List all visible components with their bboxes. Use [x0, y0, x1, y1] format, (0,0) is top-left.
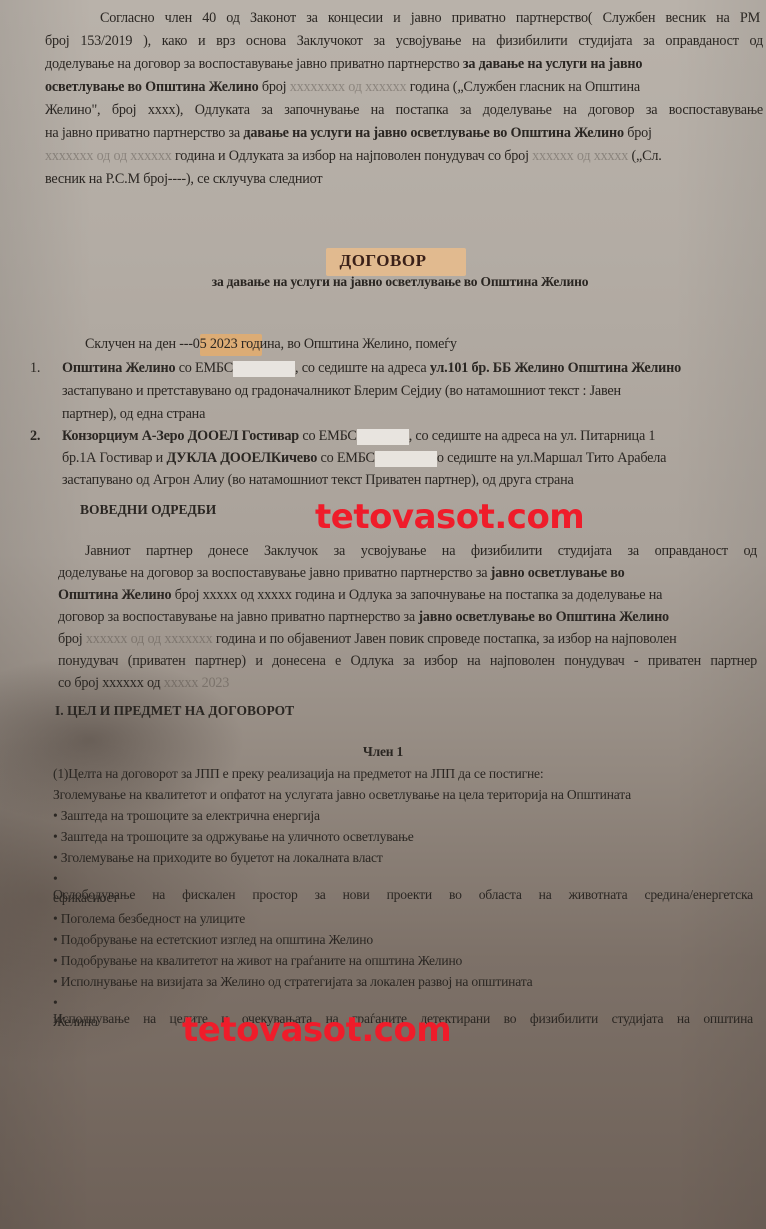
text: на јавно приватно партнерство за [45, 125, 243, 141]
text: година, во Општина Желино, помеѓу [238, 336, 457, 352]
document-subtitle: за давање на услуги на јавно осветлување… [0, 274, 766, 290]
intro-line-6: на јавно приватно партнерство за давање … [45, 125, 763, 142]
article-1-lead: (1)Целта на договорот за ЈПП е преку реа… [53, 766, 543, 782]
text: со ЕМБС [317, 450, 375, 466]
redacted-text: хххххх од ххххх [532, 148, 628, 164]
text: Согласно член 40 од Законот за концесии … [100, 10, 760, 27]
text: број 153/2019 ), како и врз основа Заклу… [45, 33, 763, 50]
document-title: ДОГОВОР [0, 251, 766, 271]
text: Јавниот партнер донесе Заклучок за усвој… [85, 543, 757, 560]
text: Ослободување на фискален простор за нови… [53, 887, 753, 903]
intro-line-1: Согласно член 40 од Законот за концесии … [100, 10, 760, 27]
address: ул.101 бр. ББ Желино Општина Желино [430, 360, 681, 376]
text: („Сл. [628, 148, 661, 164]
section-heading-intro: ВОВЕДНИ ОДРЕДБИ [80, 502, 216, 518]
text: број [624, 125, 652, 141]
concluded-line: Склучен на ден ---05 2023 година, во Опш… [85, 336, 457, 353]
bold-text: јавно осветлување во [491, 565, 625, 581]
text: број ххххх од ххххх година и Одлука за з… [171, 587, 662, 603]
article-1-lead-2: Зголемување на квалитетот и опфатот на у… [53, 787, 631, 803]
text: доделување на договор за воспоставување … [58, 565, 491, 581]
provisions-line-3: Општина Желино број ххххх од ххххх годин… [58, 587, 757, 604]
intro-line-4: осветлување во Општина Желино број ххххх… [45, 79, 763, 96]
text: со број хххххх од [58, 675, 164, 691]
party-2-number: 2. [30, 428, 40, 445]
party-name: ДУКЛА ДООЕЛКичево [166, 450, 317, 466]
text: бр.1А Гостивар и [62, 450, 166, 466]
intro-line-3: доделување на договор за воспоставување … [45, 56, 763, 73]
intro-line-8: весник на Р.С.М број----), се склучува с… [45, 171, 322, 188]
party-1-number: 1. [30, 360, 40, 377]
redacted-embs [375, 451, 437, 467]
list-item: Ослободување на фискален простор за нови… [53, 871, 753, 903]
list-item: Исполнување на визијата за Желино од стр… [53, 974, 532, 990]
text: година и по објавениот Јавен повик спров… [213, 631, 677, 647]
bold-text: јавно осветлување во Општина Желино [418, 609, 669, 625]
redacted-embs [357, 429, 409, 445]
text: година („Службен гласник на Општина [406, 79, 640, 95]
list-item: Заштеда на трошоците за одржување на ули… [53, 829, 414, 845]
text: , со седиште на адреса [295, 360, 430, 376]
party-2-line-3: застапувано од Агрон Алиу (во натамошнио… [62, 472, 574, 489]
bold-text: за давање на услуги на јавно [463, 56, 642, 72]
provisions-line-5: број хххххх од од ххххххх година и по об… [58, 631, 757, 648]
party-name: Конзорциум А-Зеро ДООЕЛ Гостивар [62, 428, 299, 444]
provisions-line-2: доделување на договор за воспоставување … [58, 565, 757, 582]
text: договор за воспоставување на јавно прива… [58, 609, 418, 625]
intro-line-5: Желино", број хххх), Одлуката за започну… [45, 102, 763, 119]
party-name: Општина Желино [62, 360, 175, 376]
redacted-embs [233, 361, 295, 377]
redacted-text: хххххххх од хххххх [290, 79, 407, 95]
text: број [258, 79, 289, 95]
intro-line-7: ххххххх од од хххххх година и Одлуката з… [45, 148, 763, 165]
text: Желино", број хххх), Одлуката за започну… [45, 102, 763, 119]
list-item: Поголема безбедност на улиците [53, 911, 245, 927]
party-1-line-1: Општина Желино со ЕМБС, со седиште на ад… [62, 360, 681, 377]
text: о седиште на ул.Маршал Тито Арабела [437, 450, 666, 466]
section-heading-1: I. ЦЕЛ И ПРЕДМЕТ НА ДОГОВОРОТ [55, 703, 294, 719]
party-1-line-2: застапувано и претставувано од градонача… [62, 383, 621, 400]
intro-line-2: број 153/2019 ), како и врз основа Заклу… [45, 33, 763, 50]
text: број [58, 631, 86, 647]
party-2-line-2: бр.1А Гостивар и ДУКЛА ДООЕЛКичево со ЕМ… [62, 450, 666, 467]
redacted-text: ххххххх од од хххххх [45, 148, 172, 164]
bold-text: давање на услуги на јавно осветлување во… [243, 125, 624, 141]
party-1-line-3: партнер), од една страна [62, 406, 205, 423]
list-item-continuation: Желино [53, 1014, 97, 1030]
list-item: Заштеда на трошоците за електрична енерг… [53, 808, 320, 824]
text: , со седиште на адреса на ул. Питарница … [409, 428, 656, 444]
redacted-text: хххххх од од ххххххх [86, 631, 213, 647]
provisions-line-4: договор за воспоставување на јавно прива… [58, 609, 757, 626]
list-item: Зголемување на приходите во буџетот на л… [53, 850, 383, 866]
list-item: Подобрување на естетскиот изглед на општ… [53, 932, 373, 948]
text: година и Одлуката за избор на најповолен… [172, 148, 532, 164]
redacted-text: ххххх 2023 [164, 675, 229, 691]
article-1-heading: Член 1 [0, 744, 766, 760]
bold-text: осветлување во Општина Желино [45, 79, 258, 95]
text: со ЕМБС [299, 428, 357, 444]
text: доделување на договор за воспоставување … [45, 56, 463, 72]
provisions-line-6: понудувач (приватен партнер) и донесена … [58, 653, 757, 670]
contract-date: 05 2023 [193, 336, 238, 352]
watermark: tetovasot.com [315, 497, 584, 537]
watermark: tetovasot.com [182, 1010, 451, 1050]
party-2-line-1: Конзорциум А-Зеро ДООЕЛ Гостивар со ЕМБС… [62, 428, 655, 445]
bold-text: Општина Желино [58, 587, 171, 603]
text: понудувач (приватен партнер) и донесена … [58, 653, 757, 670]
list-item: Подобрување на квалитетот на живот на гр… [53, 953, 462, 969]
text: со ЕМБС [175, 360, 233, 376]
provisions-line-1: Јавниот партнер донесе Заклучок за усвој… [85, 543, 757, 560]
provisions-line-7: со број хххххх од ххххх 2023 [58, 675, 229, 692]
list-item-continuation: ефикасност [53, 890, 118, 906]
text: Склучен на ден --- [85, 336, 193, 352]
